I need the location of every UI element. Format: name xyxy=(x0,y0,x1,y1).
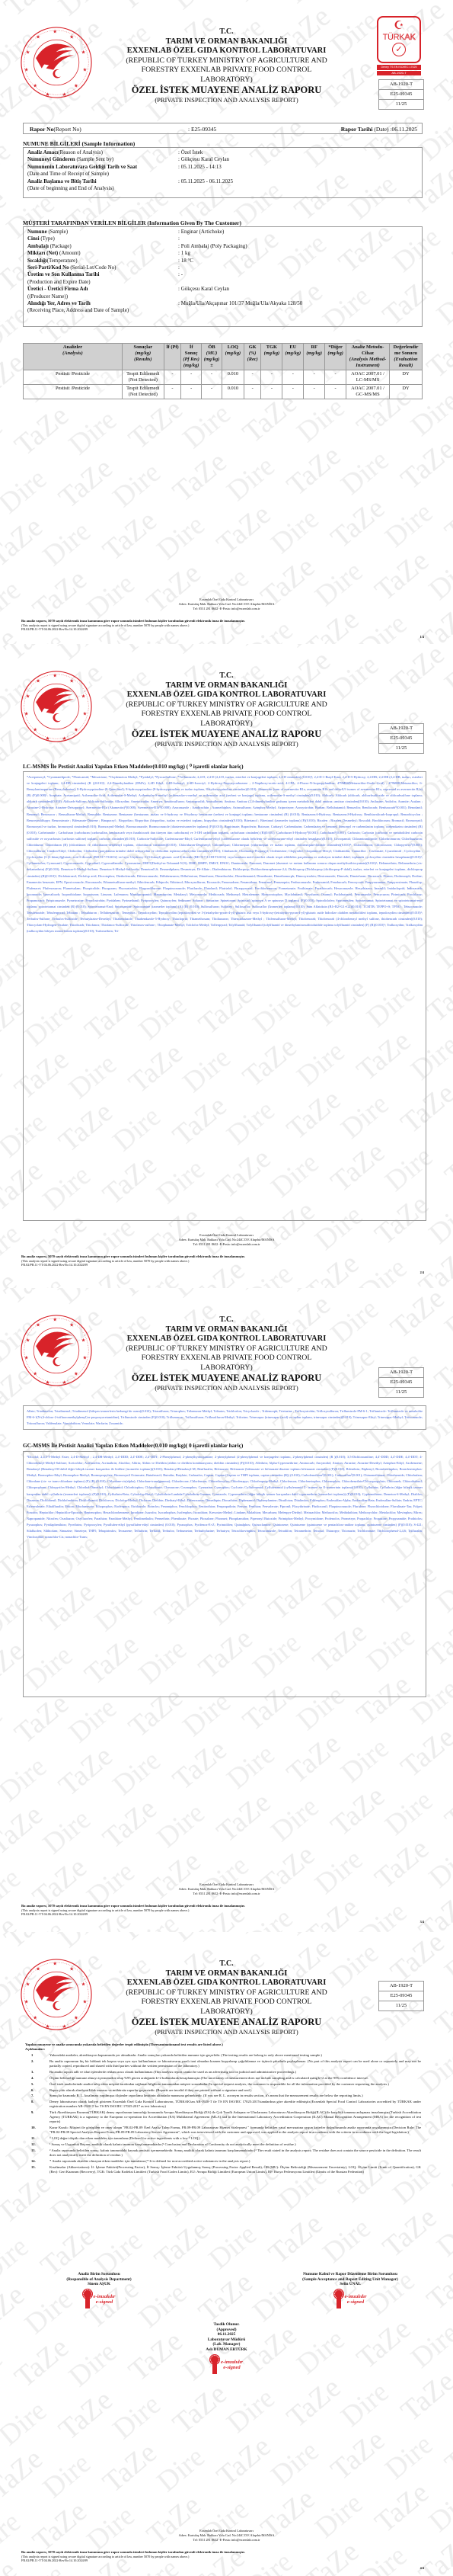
approval-date: 06.11.2025 xyxy=(152,2332,301,2337)
explanation-item: 15.Kısaltmalar (Abbreviations): İf: İşle… xyxy=(25,2165,421,2174)
info-value xyxy=(178,185,422,192)
explanation-item: 11.⁰ LOQ değeri düşük olan etken maddele… xyxy=(25,2136,421,2141)
column-header: GK(%)(Rec) xyxy=(244,344,261,370)
svg-text:★: ★ xyxy=(24,1999,29,2005)
turkak-accreditation-icon: ☪ TÜRKAK ✓ xyxy=(377,16,421,63)
explanation-item: 8.Deney laboratuvarı olarak faaliyet gös… xyxy=(25,2100,421,2109)
header-en-line2: FORESTRY EXXENLAB PRIVATE FOOD CONTROL xyxy=(99,1354,354,1363)
explanation-item: 2.Bu analiz raporunun hiç bir bölümü tek… xyxy=(25,2059,421,2068)
svg-text:★: ★ xyxy=(46,91,50,98)
page-4: TaZe DireKT ★★★ ★★★ ★★★ ★★ T.C. TARIM xyxy=(0,1932,453,2576)
report-month: 11/25 xyxy=(379,744,423,753)
info-value xyxy=(178,307,422,314)
info-value xyxy=(178,171,422,178)
info-value: : Gökçesu Karal Ceylan xyxy=(178,286,422,293)
lab-contact: Tel: 0531 281 8632 -E-Posta: info@exxenl… xyxy=(0,1892,453,1896)
info-row: Ambalajı (Package) : Poli Ambalaj (Poly … xyxy=(27,243,422,250)
column-header: İf (Pf) xyxy=(164,344,181,370)
header-lab-name: EXXENLAB ÖZEL GIDA KONTROL LABORATUVARI xyxy=(99,1978,354,1988)
explanation-item: 12.¹ Sonuç ve Uygunluk Beyanı, analitik … xyxy=(25,2142,421,2147)
column-header: Sonuçlar(mg/kg)(Results) xyxy=(122,344,164,370)
lc-msms-active-substances: *Acequinocyl; *Cyantraniliprole; *Flonic… xyxy=(23,771,426,1221)
info-label: Ambalajı (Package) xyxy=(27,243,178,250)
report-number: E25-09345 xyxy=(379,734,423,744)
header-titles: T.C. TARIM VE ORMAN BAKANLIĞI EXXENLAB Ö… xyxy=(99,671,354,749)
report-title: ÖZEL İSTEK MUAYENE ANALİZ RAPORU xyxy=(99,1373,354,1383)
report-no-value: : E25-09345 xyxy=(188,123,216,135)
page-number: 2/4 xyxy=(420,1270,424,1274)
info-row: Numunenin Laboratuvara Geldiği Tarih ve … xyxy=(27,164,422,171)
column-header: Analizler(Analysis) xyxy=(24,344,123,370)
info-row: Seri-Parti/Kod No (Serial-Lot/Code No) : xyxy=(27,264,422,271)
result-cell: - xyxy=(282,370,304,385)
e-signed-badge: e-imzalıdıre-signed xyxy=(334,2289,367,2309)
sample-info-box: Analiz Amacı(Reason of Analysis) : Özel … xyxy=(23,147,423,198)
svg-text:★: ★ xyxy=(26,49,30,55)
info-value: : xyxy=(178,264,422,271)
customer-info-title: MÜŞTERİ TARAFINDAN VERİLEN BİLGİLER (Inf… xyxy=(23,219,241,226)
result-cell: - xyxy=(181,370,202,385)
info-label: (Date and Time of Receipt of Sample) xyxy=(27,171,178,178)
info-label: Üretim ve Son Kullanma Tarihi xyxy=(27,271,178,278)
info-value: : - xyxy=(178,271,422,278)
result-cell: - xyxy=(164,385,181,399)
explanation-item: 6.Rapor çıktı olarak alındıysa Islak imz… xyxy=(25,2088,421,2093)
ministry-seal-icon: ★★★ ★★★ ★★★ ★★ xyxy=(20,670,93,743)
page-footer: Exxenlab Özel Gıda Kontrol Laboratuvarı … xyxy=(0,598,453,639)
result-cell: - xyxy=(304,370,325,385)
info-row: Cinsi (Type) : xyxy=(27,235,422,242)
svg-text:★: ★ xyxy=(69,1966,74,1972)
result-cell: - xyxy=(244,385,261,399)
header-en-line2: FORESTRY EXXENLAB PRIVATE FOOD CONTROL xyxy=(99,66,354,75)
svg-text:★: ★ xyxy=(62,735,67,742)
result-row: Pestisit /PesticideTespit Edilemedi (Not… xyxy=(24,385,423,399)
result-cell: DY xyxy=(389,385,422,399)
e-signature-seal-icon xyxy=(210,2355,219,2375)
ministry-seal-icon: ★★★ ★★★ ★★★ ★★ xyxy=(20,26,93,99)
report-title: ÖZEL İSTEK MUAYENE ANALİZ RAPORU xyxy=(99,729,354,739)
report-number: E25-09345 xyxy=(379,1378,423,1388)
svg-text:★: ★ xyxy=(24,711,29,717)
svg-text:★: ★ xyxy=(33,727,37,733)
accreditation-code: AB-1920-T xyxy=(379,1368,423,1378)
info-value xyxy=(178,293,422,300)
svg-text:★: ★ xyxy=(24,67,29,73)
report-no-label: Rapor No xyxy=(30,126,53,133)
svg-text:★: ★ xyxy=(74,83,78,89)
report-id-box: AB-1920-T E25-09345 11/25 xyxy=(378,1367,424,1398)
report-month: 11/25 xyxy=(379,1388,423,1397)
result-cell: - xyxy=(202,385,222,399)
header-en-line1: (REPUBLIC OF TURKEY MINISTRY OF AGRICULT… xyxy=(99,56,354,66)
info-value: : 18 °C xyxy=(178,258,422,264)
turkak-brand-light: AK xyxy=(404,33,415,42)
ministry-seal-icon: ★★★ ★★★ ★★★ ★★ xyxy=(20,1958,93,2031)
info-value: : Poli Ambalaj (Poly Packaging) xyxy=(178,243,422,250)
info-row: Numune (Sample) : Enginar (Artichoke) xyxy=(27,229,422,235)
page-number: 3/4 xyxy=(420,1920,424,1924)
page-footer: Exxenlab Özel Gıda Kontrol Laboratuvarı … xyxy=(0,2529,453,2570)
svg-text:★: ★ xyxy=(36,678,40,684)
info-row: Analiz Başlama ve Bitiş Tarihi : 05.11.2… xyxy=(27,178,422,185)
svg-text:★: ★ xyxy=(81,1981,86,1987)
svg-text:★: ★ xyxy=(26,693,30,699)
svg-text:★: ★ xyxy=(46,1379,50,1386)
check-icon: ✓ xyxy=(392,43,406,56)
header-lab-name: EXXENLAB ÖZEL GIDA KONTROL LABORATUVARI xyxy=(99,1334,354,1344)
lab-address: Exxenlab Özel Gıda Kontrol Laboratuvarı … xyxy=(0,1882,453,1896)
svg-text:★: ★ xyxy=(26,1981,30,1987)
header-lab-name: EXXENLAB ÖZEL GIDA KONTROL LABORATUVARI xyxy=(99,46,354,56)
report-id-box: AB-1920-T E25-09345 11/25 xyxy=(378,723,424,754)
svg-text:★: ★ xyxy=(46,2023,50,2030)
svg-text:★: ★ xyxy=(53,1961,57,1967)
header-titles: T.C. TARIM VE ORMAN BAKANLIĞI EXXENLAB Ö… xyxy=(99,1315,354,1393)
explanation-item: 5.Özel istek analizlerinde analizi talep… xyxy=(25,2082,421,2087)
e-signature-seal-icon xyxy=(334,2289,343,2309)
info-label: Miktarı (Net) (Amount) xyxy=(27,250,178,257)
signature-analysis-dept: Analiz Birim Sorumlusu (Responsible of A… xyxy=(30,2272,167,2311)
crescent-icon: ☪ xyxy=(378,19,420,33)
info-label: Numunenin Laboratuvara Geldiği Tarih ve … xyxy=(27,164,178,171)
svg-text:★: ★ xyxy=(74,1371,78,1377)
results-table: Analizler(Analysis)Sonuçlar(mg/kg)(Resul… xyxy=(23,343,423,399)
lab-address: Exxenlab Özel Gıda Kontrol Laboratuvarı … xyxy=(0,598,453,611)
form-code: FR.02/PR.11-YT:04.06.2022-RevNo:14.10.20… xyxy=(21,627,453,631)
header-en-line1: (REPUBLIC OF TURKEY MINISTRY OF AGRICULT… xyxy=(99,1344,354,1354)
result-cell: - xyxy=(325,370,346,385)
result-cell: - xyxy=(244,370,261,385)
report-number: E25-09345 xyxy=(379,90,423,100)
header-titles: T.C. TARIM VE ORMAN BAKANLIĞI EXXENLAB Ö… xyxy=(99,1959,354,2037)
header-en-line3: LABORATORY) xyxy=(99,719,354,729)
lc-msms-list-title: LC-MSMS İle Pestisit Analizi Yapılan Etk… xyxy=(23,763,244,770)
svg-text:★: ★ xyxy=(33,83,37,89)
form-code: FR.02/PR.11-YT:04.06.2022-RevNo:14.10.20… xyxy=(21,1263,453,1267)
info-label: (Receiving Place, Address and Date of Sa… xyxy=(27,307,178,314)
column-header: *Diğer(mg/kg) xyxy=(325,344,346,370)
page-footer: Exxenlab Özel Gıda Kontrol Laboratuvarı … xyxy=(0,1882,453,1924)
svg-text:★: ★ xyxy=(36,34,40,40)
column-header: ÖB(MU)(mg/kg)± xyxy=(202,344,222,370)
info-label: Analiz Başlama ve Bitiş Tarihi xyxy=(27,178,178,185)
lc-msms-active-substances-cont: Allate; Triadimefon; Triadimenol; Triadi… xyxy=(23,1405,426,1430)
turkak-band-code: AB-1920-T xyxy=(377,71,421,75)
header-en-line2: FORESTRY EXXENLAB PRIVATE FOOD CONTROL xyxy=(99,710,354,719)
info-row: Numuneyi Gönderen (Sample Sent by) : Gök… xyxy=(27,156,422,163)
column-header: LOQ(mg/kg) xyxy=(222,344,244,370)
accreditation-code: AB-1920-T xyxy=(379,1982,423,1991)
svg-text:★: ★ xyxy=(69,34,74,40)
signer-name: Aslı DUMAN ERTÜRK xyxy=(152,2347,301,2353)
info-row: Alındığı Yer, Adres ve Tarih : Muğla/Ula… xyxy=(27,300,422,307)
result-cell: - xyxy=(282,385,304,399)
info-label: Numune (Sample) xyxy=(27,229,178,235)
svg-text:★: ★ xyxy=(74,2015,78,2021)
result-cell: Tespit Edilemedi (Not Detected) xyxy=(122,370,164,385)
svg-text:★: ★ xyxy=(46,735,50,742)
result-cell: DY xyxy=(389,370,422,385)
signature-lab-manager: Tasdik Olunur. (Approved) 06.11.2025 Lab… xyxy=(152,2322,301,2376)
form-code: FR.02/PR.11-YT:04.06.2022-RevNo:14.10.20… xyxy=(21,1912,453,1916)
report-subtitle: (PRIVATE INSPECTION AND ANALYSIS REPORT) xyxy=(99,95,354,105)
result-cell: 0.010 xyxy=(222,385,244,399)
result-cell: Pestisit /Pesticide xyxy=(24,385,123,399)
svg-text:★: ★ xyxy=(62,2023,67,2030)
lab-address: Exxenlab Özel Gıda Kontrol Laboratuvarı … xyxy=(0,1233,453,1247)
result-cell: - xyxy=(164,370,181,385)
signer-name: Sinem AŞUK xyxy=(30,2282,167,2287)
info-label: (Production and Expire Date) xyxy=(27,279,178,286)
form-code: FR.02/PR.11-YT:04.06.2022-RevNo:14.10.20… xyxy=(21,2558,453,2562)
e-signature-seal-icon xyxy=(83,2289,92,2309)
turkak-band: Deney TS EN ISO/IEC 17025 xyxy=(377,65,421,70)
svg-text:★: ★ xyxy=(83,711,88,717)
header-en-line2: FORESTRY EXXENLAB PRIVATE FOOD CONTROL xyxy=(99,1998,354,2007)
info-row: Üretici - Üretici Firma Adı : Gökçesu Ka… xyxy=(27,286,422,293)
info-label: Cinsi (Type) xyxy=(27,235,178,242)
header-en-line3: LABORATORY) xyxy=(99,1363,354,1373)
svg-text:★: ★ xyxy=(83,1999,88,2005)
explanation-item: 4.Ölçüm belirsizliği numune almayı içerm… xyxy=(25,2076,421,2081)
header-ministry: TARIM VE ORMAN BAKANLIĞI xyxy=(99,1969,354,1979)
report-month: 11/25 xyxy=(379,100,423,109)
info-label: ((Producer Name)) xyxy=(27,293,178,300)
lab-contact: Tel: 0531 281 8632 -E-Posta: info@exxenl… xyxy=(0,607,453,611)
info-row: Miktarı (Net) (Amount) : 1 kg xyxy=(27,250,422,257)
info-label: Seri-Parti/Kod No (Serial-Lot/Code No) xyxy=(27,264,178,271)
svg-text:★: ★ xyxy=(53,1317,57,1323)
report-title: ÖZEL İSTEK MUAYENE ANALİZ RAPORU xyxy=(99,2017,354,2027)
svg-text:★: ★ xyxy=(53,29,57,35)
explanation-item: 3.Bu analiz raporu adli ve idari işlemle… xyxy=(25,2070,421,2075)
info-row: (Date of beginning and End of Analysis) xyxy=(27,185,422,192)
header-line-tc: T.C. xyxy=(99,27,354,37)
svg-text:★: ★ xyxy=(74,727,78,733)
info-row: (Production and Expire Date) xyxy=(27,279,422,286)
gc-msms-active-substances: *Dicofol; 2,4,5-T-Methyl Ester; 2,4-D-Me… xyxy=(23,1451,426,1697)
info-value: : 05.11.2025 - 06.11.2025 xyxy=(178,178,422,185)
explanations-heading: Açıklamalar: xyxy=(25,2047,421,2052)
explanation-item: 14.* Analiz raporunda akredite olmayan e… xyxy=(25,2159,421,2164)
page-number: 4/4 xyxy=(420,2566,424,2570)
svg-text:★: ★ xyxy=(62,91,67,98)
svg-text:★: ★ xyxy=(26,1337,30,1343)
report-id-box: AB-1920-T E25-09345 11/25 xyxy=(378,79,424,110)
report-date-value: (Date) :06.11.2025 xyxy=(373,126,417,133)
svg-text:★: ★ xyxy=(36,1322,40,1328)
e-signed-badge: e-imzalıdıre-signed xyxy=(210,2355,243,2375)
column-header: TGK(mg/kg) xyxy=(261,344,282,370)
page-1: TaZe DireKT ★★★ ★★★ ★★★ ★★ T.C. TARIM xyxy=(0,0,453,644)
header-ministry: TARIM VE ORMAN BAKANLIĞI xyxy=(99,681,354,691)
header-en-line1: (REPUBLIC OF TURKEY MINISTRY OF AGRICULT… xyxy=(99,700,354,710)
result-cell: AOAC 2007.01 / GC-MS/MS xyxy=(346,385,390,399)
svg-text:★: ★ xyxy=(33,2015,37,2021)
info-label: Analiz Amacı(Reason of Analysis) xyxy=(27,149,178,156)
info-row: (Receiving Place, Address and Date of Sa… xyxy=(27,307,422,314)
svg-text:★: ★ xyxy=(83,67,88,73)
svg-text:★: ★ xyxy=(83,1355,88,1361)
info-value: : 1 kg xyxy=(178,250,422,257)
accreditation-code: AB-1920-T xyxy=(379,724,423,734)
header-ministry: TARIM VE ORMAN BAKANLIĞI xyxy=(99,37,354,47)
info-row: (Date and Time of Receipt of Sample) xyxy=(27,171,422,178)
explanation-item: 1Yukarıdaki analizler, akreditasyon kaps… xyxy=(25,2053,421,2058)
report-number: E25-09345 xyxy=(379,1991,423,2001)
svg-text:★: ★ xyxy=(69,1322,74,1328)
info-row: Analiz Amacı(Reason of Analysis) : Özel … xyxy=(27,149,422,156)
info-row: Üretim ve Son Kullanma Tarihi : - xyxy=(27,271,422,278)
svg-text:★: ★ xyxy=(81,693,86,699)
explanation-item: 9.Türk Akreditasyon Kurumu(TÜRKAK) deney… xyxy=(25,2110,421,2124)
info-label: Üretici - Üretici Firma Adı xyxy=(27,286,178,293)
svg-text:★: ★ xyxy=(24,1355,29,1361)
info-value: : Gökçesu Karal Ceylan xyxy=(178,156,422,163)
result-cell: - xyxy=(261,385,282,399)
info-value: : Özel İstek xyxy=(178,149,422,156)
explanation-item: 7.Sonuçlar kısmında R. L. kısaltması yap… xyxy=(25,2094,421,2098)
lab-contact: Tel: 0531 281 8632 -E-Posta: info@exxenl… xyxy=(0,1242,453,1247)
lab-contact: Tel: 0531 281 8632 -E-Posta: info@exxenl… xyxy=(0,2538,453,2542)
result-cell: 0.010 xyxy=(222,370,244,385)
info-value: : Enginar (Artichoke) xyxy=(178,229,422,235)
header-en-line1: (REPUBLIC OF TURKEY MINISTRY OF AGRICULT… xyxy=(99,1988,354,1998)
report-title: ÖZEL İSTEK MUAYENE ANALİZ RAPORU xyxy=(99,85,354,95)
page-2: TaZe DireKT ★★★ ★★★ ★★★ ★★ T.C. TARIM xyxy=(0,644,453,1288)
info-label: (Date of beginning and End of Analysis) xyxy=(27,185,178,192)
info-value: : Muğla/Ula/Akçapınar 101/37 Muğla/Ula/A… xyxy=(178,300,422,307)
result-cell: - xyxy=(261,370,282,385)
column-header: EU(mg/kg) xyxy=(282,344,304,370)
signature-sample-acceptance: Numune Kabul ve Rapor Düzenleme Birim So… xyxy=(259,2272,442,2311)
info-value: : 05.11.2025 - 14:13 xyxy=(178,164,422,171)
report-id-box: AB-1920-T E25-09345 11/25 xyxy=(378,1981,424,2011)
result-cell: Pestisit /Pesticide xyxy=(24,370,123,385)
info-row: Sıcaklığı(Temperature) : 18 °C xyxy=(27,258,422,264)
report-month: 11/25 xyxy=(379,2001,423,2010)
header-en-line3: LABORATORY) xyxy=(99,2007,354,2017)
page-number: 1/4 xyxy=(420,635,424,639)
report-subtitle: (PRIVATE INSPECTION AND ANALYSIS REPORT) xyxy=(99,2027,354,2037)
info-row: ((Producer Name)) xyxy=(27,293,422,300)
header-ministry: TARIM VE ORMAN BAKANLIĞI xyxy=(99,1325,354,1335)
header-en-line3: LABORATORY) xyxy=(99,75,354,85)
signer-name: Selin ÜNAL xyxy=(259,2282,442,2287)
turkak-accreditation-mark: ☪ TÜRKAK ✓ Deney TS EN ISO/IEC 17025 AB-… xyxy=(377,16,423,75)
result-row: Pestisit /PesticideTespit Edilemedi (Not… xyxy=(24,370,423,385)
svg-text:★: ★ xyxy=(69,678,74,684)
info-label: Sıcaklığı(Temperature) xyxy=(27,258,178,264)
result-cell: - xyxy=(181,385,202,399)
svg-text:★: ★ xyxy=(81,49,86,55)
turkak-brand-bold: TÜRK xyxy=(383,33,405,42)
result-cell: AOAC 2007.01 / LC-MS/MS xyxy=(346,370,390,385)
info-label: Numuneyi Gönderen (Sample Sent by) xyxy=(27,156,178,163)
report-subtitle: (PRIVATE INSPECTION AND ANALYSIS REPORT) xyxy=(99,1383,354,1393)
svg-text:★: ★ xyxy=(62,1379,67,1386)
column-header: Analiz Metodu-Cihaz(Analysis Method-Inst… xyxy=(346,344,390,370)
result-cell: Tespit Edilemedi (Not Detected) xyxy=(122,385,164,399)
header-line-tc: T.C. xyxy=(99,1315,354,1325)
header-line-tc: T.C. xyxy=(99,1959,354,1969)
header-lab-name: EXXENLAB ÖZEL GIDA KONTROL LABORATUVARI xyxy=(99,690,354,700)
report-date-label: Rapor Tarihi xyxy=(341,126,373,133)
gc-msms-list-title: GC-MSMS İle Pestisit Analizi Yapılan Etk… xyxy=(23,1442,243,1449)
info-label: Alındığı Yer, Adres ve Tarih xyxy=(27,300,178,307)
column-header: İfSonuç(Pf Res)(mg/kg) xyxy=(181,344,202,370)
svg-text:★: ★ xyxy=(53,673,57,679)
explanation-item: 10.Karar Kuralı: Müşteri ile görüşülen v… xyxy=(25,2126,421,2135)
explanations: Yapılan muayene ve analiz sonucunda yuka… xyxy=(25,2043,421,2174)
explanation-item: 13.² Analiz raporunda belirtilen sonuç; … xyxy=(25,2148,421,2158)
report-number-bar: Rapor No(Report No) : E25-09345 Rapor Ta… xyxy=(23,123,423,134)
page-3: TaZe DireKT ★★★ ★★★ ★★★ ★★ T.C. TARIM xyxy=(0,1288,453,1932)
info-value xyxy=(178,279,422,286)
result-cell: - xyxy=(202,370,222,385)
header-line-tc: T.C. xyxy=(99,671,354,681)
e-signed-badge: e-imzalıdıre-signed xyxy=(83,2289,116,2309)
ministry-seal-icon: ★★★ ★★★ ★★★ ★★ xyxy=(20,1314,93,1387)
lab-address: Exxenlab Özel Gıda Kontrol Laboratuvarı … xyxy=(0,2529,453,2542)
svg-text:★: ★ xyxy=(81,1337,86,1343)
result-cell: - xyxy=(325,385,346,399)
page-footer: Exxenlab Özel Gıda Kontrol Laboratuvarı … xyxy=(0,1233,453,1274)
svg-text:★: ★ xyxy=(33,1371,37,1377)
column-header: RF(mg/kg) xyxy=(304,344,325,370)
svg-text:★: ★ xyxy=(36,1966,40,1972)
customer-info-box: Numune (Sample) : Enginar (Artichoke)Cin… xyxy=(23,226,423,327)
accreditation-code: AB-1920-T xyxy=(379,80,423,90)
header-titles: T.C. TARIM VE ORMAN BAKANLIĞI EXXENLAB Ö… xyxy=(99,27,354,105)
info-value: : xyxy=(178,235,422,242)
sample-info-title: NUMUNE BİLGİLERİ (Sample Information) xyxy=(23,140,135,147)
result-cell: - xyxy=(304,385,325,399)
column-header: Değerlendirme Sonucu(EvaluationResult) xyxy=(389,344,422,370)
report-subtitle: (PRIVATE INSPECTION AND ANALYSIS REPORT) xyxy=(99,739,354,749)
